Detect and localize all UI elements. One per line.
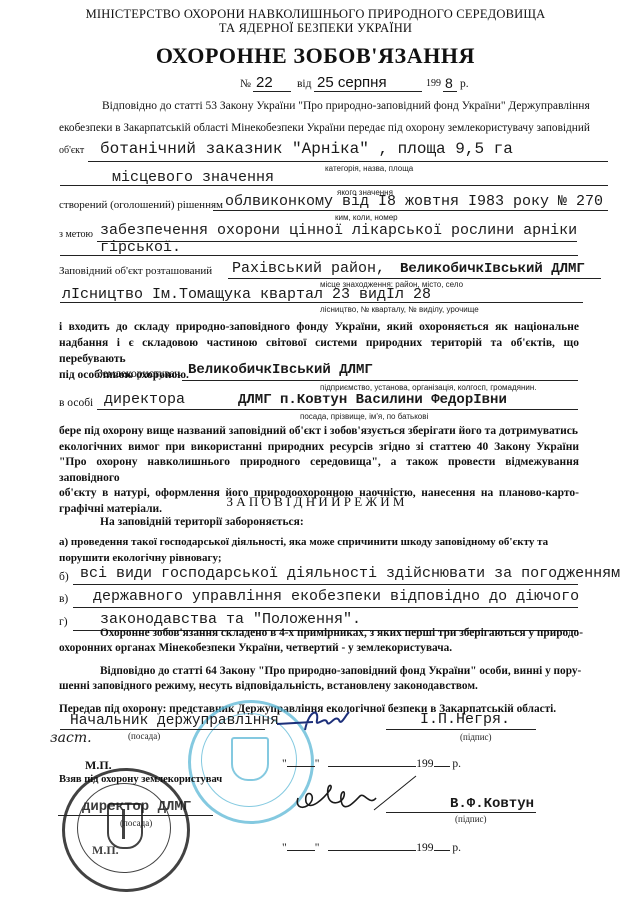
decision-caption: ким, коли, номер [335, 213, 398, 222]
object-label: об'єкт [59, 145, 84, 156]
liability-line-1: Відповідно до статті 64 Закону "Про прир… [100, 665, 581, 677]
regime-title: З А П О В І Д Н И Й Р Е Ж И М [0, 494, 631, 510]
object-value: ботанічний заказник "Арніка" , площа 9,5… [100, 140, 513, 158]
item-d-label: г) [59, 616, 68, 628]
decision-label: створений (оголошений) рішенням [59, 199, 223, 211]
date-label: від [297, 78, 311, 90]
giver-date-line: "" 199 р. [282, 758, 461, 770]
ministry-line-2: ТА ЯДЕРНОЇ БЕЗПЕКИ УКРАЇНИ [0, 21, 631, 36]
document-number-date: № 22 від 25 серпня 199 8 р. [240, 74, 540, 94]
item-c-label: в) [59, 593, 68, 605]
ministry-line-1: МІНІСТЕРСТВО ОХОРОНИ НАВКОЛИШНЬОГО ПРИРО… [0, 7, 631, 22]
land-user-value: ВеликобичкІвський ДЛМГ [188, 362, 373, 378]
receiver-name: В.Ф.Ковтун [450, 796, 534, 812]
year-label: р. [460, 78, 469, 90]
forestry-caption: лісництво, № кварталу, № виділу, урочище [320, 305, 479, 314]
liability-line-2: шенні заповідного режиму, несуть відпові… [59, 680, 478, 692]
year-prefix: 199 [426, 78, 441, 89]
location-value-district: Рахівський район, [232, 260, 385, 277]
receiver-label: Взяв під охорону землекористувач [59, 774, 222, 785]
receiver-position-caption: (посада) [120, 818, 152, 828]
giver-position: Начальник держуправління [70, 713, 279, 729]
regime-intro: На заповідній території забороняється: [100, 516, 304, 528]
significance-value: місцевого значення [112, 169, 274, 186]
seal-label-1: М.П. [85, 758, 112, 773]
item-b-value: всі види господарської діяльності здійсн… [80, 565, 620, 582]
date-value: 25 серпня [317, 74, 387, 91]
handwritten-note: заст. [50, 730, 92, 746]
land-user-label: Землекористувач [97, 368, 180, 380]
item-b-label: б) [59, 571, 69, 583]
copies-line-2: охоронних органах Мінекобезпеки України,… [59, 642, 452, 654]
blue-stamp-trident-icon [231, 737, 269, 781]
black-official-stamp [62, 768, 190, 892]
purpose-value: забезпечення охорони цінної лікарської р… [100, 222, 631, 256]
item-d-value: законодавства та "Положення". [100, 611, 361, 628]
object-caption: категорія, назва, площа [325, 164, 413, 173]
intro-line-1: Відповідно до статті 53 Закону України "… [102, 100, 590, 112]
receiver-position: директор ДЛМГ [82, 799, 191, 815]
decision-value: облвиконкому від І8 жовтня І983 року № 2… [225, 193, 603, 210]
location-value-forestry-enterprise: ВеликобичкІвський ДЛМГ [400, 261, 585, 277]
item-c-value: державного управління екобезпеки відпові… [93, 588, 579, 605]
person-position: директора [104, 391, 185, 408]
person-label: в особі [59, 397, 93, 409]
receiver-date-line: "" 199 р. [282, 842, 461, 854]
item-a-cont: порушити екологічну рівновагу; [59, 552, 222, 564]
giver-name: І.П.Негря. [420, 711, 510, 728]
number-label: № [240, 78, 251, 90]
year-suffix: 8 [445, 75, 453, 91]
person-name: ДЛМГ п.Ковтун Василини ФедорІвни [238, 392, 507, 408]
purpose-label: з метою [59, 229, 93, 240]
forestry-value: лІсництво Ім.Томащука квартал 23 видІл 2… [62, 286, 431, 303]
intro-line-2: екобезпеки в Закарпатській області Мінек… [59, 122, 590, 134]
item-a: а) проведення такої господарської діяльн… [59, 536, 548, 548]
number-value: 22 [256, 74, 273, 91]
copies-line-1: Охоронне зобов'язання складено в 4-х при… [100, 627, 583, 639]
seal-label-2: М.П. [92, 843, 119, 858]
land-user-caption: підприємство, установа, організація, кол… [320, 383, 537, 392]
giver-position-caption: (посада) [128, 731, 160, 741]
document-title: ОХОРОННЕ ЗОБОВ'ЯЗАННЯ [0, 43, 631, 69]
person-caption: посада, прізвище, ім'я, по батькові [300, 412, 428, 421]
receiver-signature-caption: (підпис) [455, 814, 487, 824]
location-label: Заповідний об'єкт розташований [59, 265, 212, 277]
giver-signature-icon [275, 704, 355, 736]
giver-signature-caption: (підпис) [460, 732, 492, 742]
